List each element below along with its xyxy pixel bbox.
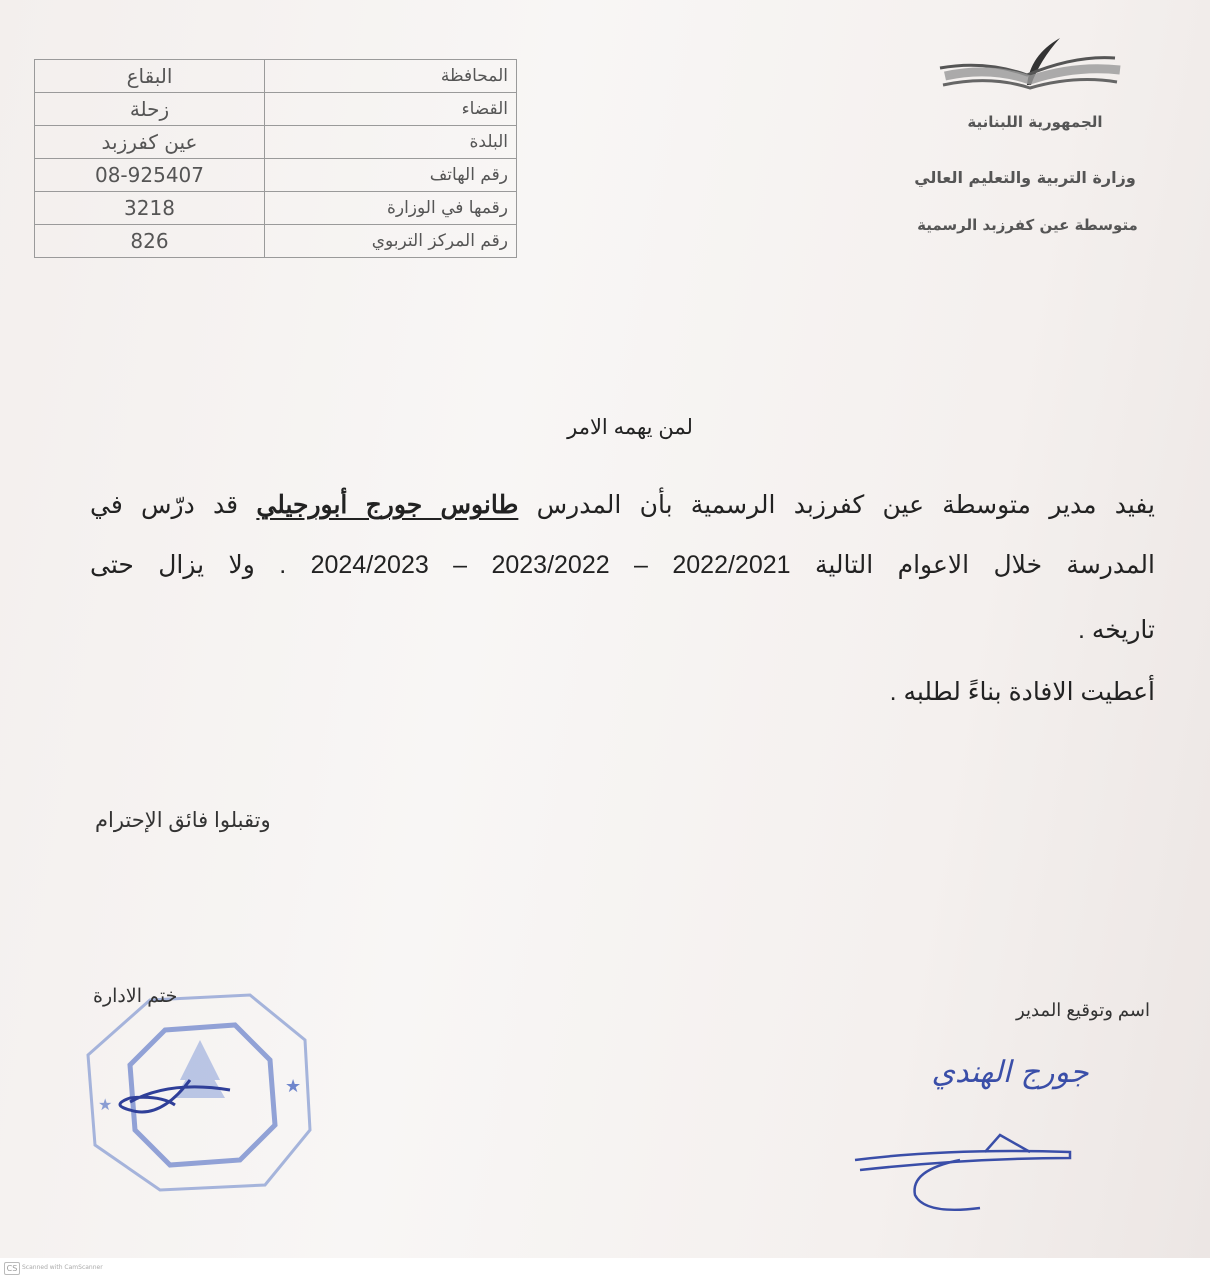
row-label: رقم المركز التربوي	[265, 225, 517, 258]
row-label: رقمها في الوزارة	[265, 192, 517, 225]
table-row: البلدة عين كفرزبد	[35, 126, 517, 159]
line1-after: قد درّس في	[90, 491, 256, 519]
director-label: اسم وتوقيع المدير	[960, 1000, 1150, 1021]
table-row: رقم الهاتف 08-925407	[35, 159, 517, 192]
scanner-footer: CS Scanned with CamScanner	[0, 1258, 1210, 1280]
stamp-label: ختم الادارة	[93, 985, 177, 1008]
letter-line-1: يفيد مدير متوسطة عين كفرزبد الرسمية بأن …	[90, 490, 1155, 520]
row-value: 826	[35, 225, 265, 258]
svg-text:★: ★	[285, 1076, 301, 1097]
row-value: 3218	[35, 192, 265, 225]
letter-line-4: أعطيت الافادة بناءً لطلبه .	[655, 677, 1155, 707]
svg-text:★: ★	[98, 1095, 112, 1114]
director-signature-icon	[850, 1040, 1150, 1220]
row-value: البقاع	[35, 60, 265, 93]
scanner-watermark: Scanned with CamScanner	[22, 1264, 103, 1271]
open-book-with-pen-icon	[935, 30, 1135, 100]
row-label: البلدة	[265, 126, 517, 159]
row-label: القضاء	[265, 93, 517, 126]
row-label: رقم الهاتف	[265, 159, 517, 192]
letter-line-2: المدرسة خلال الاعوام التالية 2022/2021 –…	[90, 550, 1155, 580]
row-value: زحلة	[35, 93, 265, 126]
ministry-heading: وزارة التربية والتعليم العالي	[895, 168, 1155, 187]
republic-heading: الجمهورية اللبنانية	[940, 113, 1130, 131]
row-label: المحافظة	[265, 60, 517, 93]
letter-line-3: تاريخه .	[855, 615, 1155, 645]
line1-before: يفيد مدير متوسطة عين كفرزبد الرسمية بأن …	[518, 491, 1155, 519]
camscanner-logo-icon: CS	[4, 1262, 20, 1275]
table-row: المحافظة البقاع	[35, 60, 517, 93]
table-row: رقمها في الوزارة 3218	[35, 192, 517, 225]
closing-text: وتقبلوا فائق الإحترام	[95, 808, 305, 833]
letter-title: لمن يهمه الامر	[500, 415, 760, 440]
school-stamp-icon: ★ ★	[70, 980, 330, 1200]
table-row: رقم المركز التربوي 826	[35, 225, 517, 258]
school-heading: متوسطة عين كفرزبد الرسمية	[890, 216, 1165, 234]
row-value: عين كفرزبد	[35, 126, 265, 159]
table-row: القضاء زحلة	[35, 93, 517, 126]
row-value: 08-925407	[35, 159, 265, 192]
teacher-name: طانوس جورج أبورجيلي	[256, 491, 518, 519]
school-info-table: المحافظة البقاع القضاء زحلة البلدة عين ك…	[34, 59, 517, 258]
